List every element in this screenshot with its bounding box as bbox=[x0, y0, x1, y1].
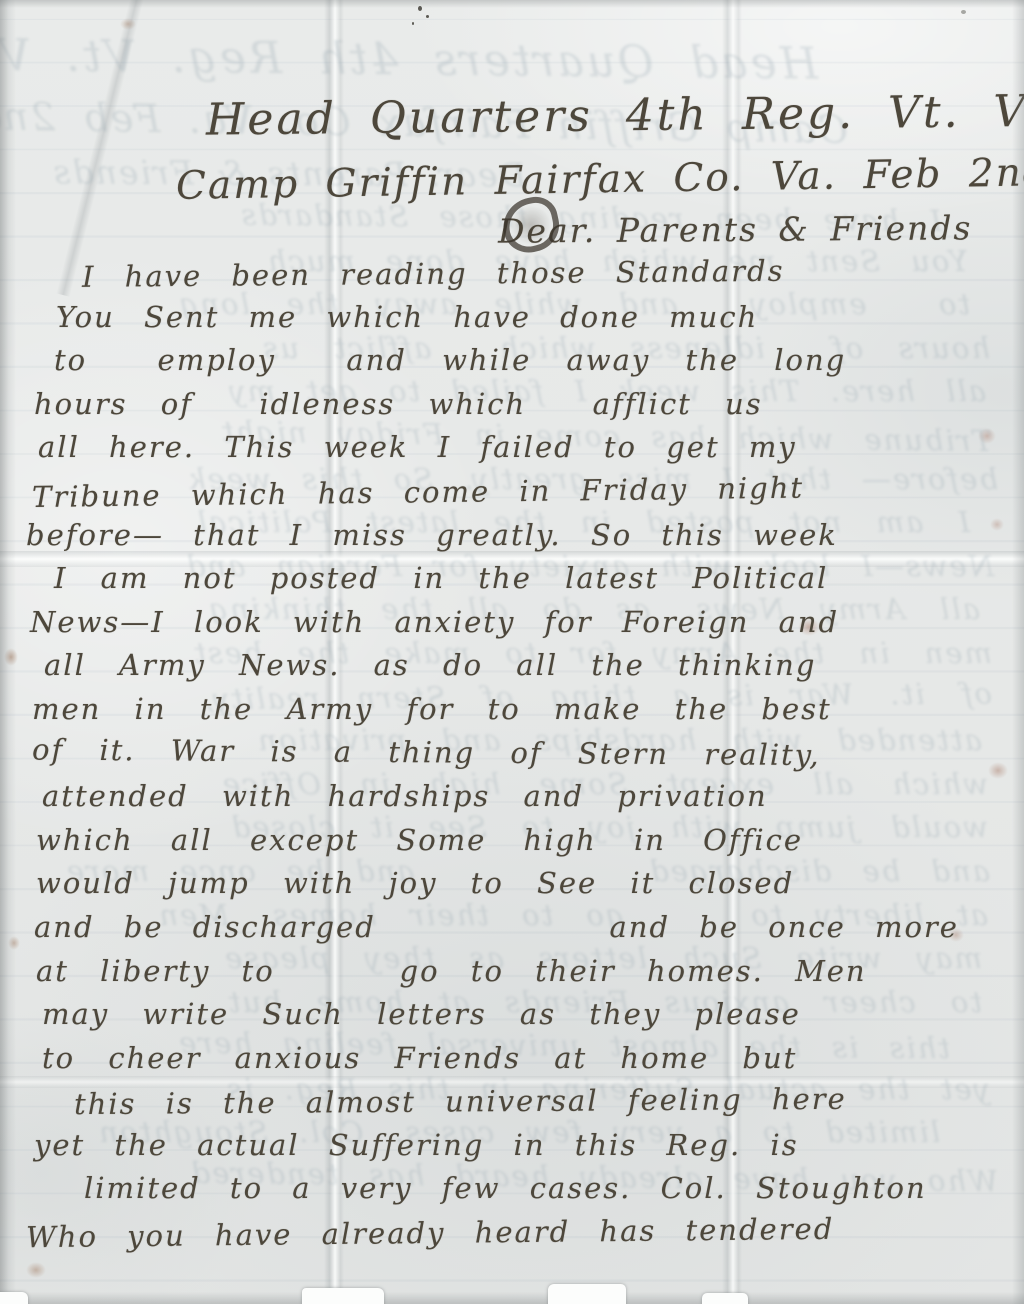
letter-body-line: I am not posted in the latest Political bbox=[26, 557, 1024, 601]
letter-body-line: to employ and while away the long bbox=[26, 339, 1024, 383]
letter-body-line: before— that I miss greatly. So this wee… bbox=[26, 514, 1024, 558]
letter-salutation: Dear. Parents & Friends bbox=[498, 208, 973, 250]
letter-body-line: Tribune which has come in Friday night bbox=[26, 464, 1024, 520]
scan-edge-top bbox=[0, 0, 1024, 8]
letter-body-line: yet the actual Suffering in this Reg. is bbox=[26, 1124, 1024, 1168]
letter-body-line: to cheer anxious Friends at home but bbox=[26, 1037, 1024, 1081]
letter-body-line: I have been reading those Standards bbox=[26, 248, 1024, 300]
letter-body: I have been reading those Standards You … bbox=[26, 252, 1024, 1255]
backing-paper-tab bbox=[702, 1293, 748, 1304]
letter-body-line: all here. This week I failed to get my bbox=[26, 426, 1024, 470]
letter-body-line: this is the almost universal feeling her… bbox=[26, 1077, 1024, 1128]
letter-body-line: at liberty to go to their homes. Men bbox=[26, 950, 1024, 994]
letter-body-line: men in the Army for to make the best bbox=[26, 688, 1024, 732]
letter-body-line: You Sent me which have done much bbox=[26, 296, 1024, 340]
letter-scan: Head Quarters 4th Reg. Vt. Vol, Camp Gri… bbox=[0, 0, 1024, 1304]
scan-edge-right bbox=[1012, 0, 1024, 1304]
scan-edge-bottom bbox=[0, 1292, 1024, 1304]
letter-text: Head Quarters 4th Reg. Vt. Vol, Camp Gri… bbox=[0, 0, 1024, 1304]
letter-body-line: Who you have already heard has tendered bbox=[26, 1206, 1024, 1260]
backing-paper-tab bbox=[302, 1288, 384, 1304]
letter-body-line: limited to a very few cases. Col. Stough… bbox=[26, 1167, 1024, 1211]
letter-body-line: attended with hardships and privation bbox=[26, 775, 1024, 819]
letter-body-line: may write Such letters as they please bbox=[26, 993, 1024, 1037]
letter-body-line: which all except Some high in Office bbox=[26, 819, 1024, 863]
letter-heading-line: Head Quarters 4th Reg. Vt. Vol, bbox=[206, 85, 1024, 145]
letter-body-line: and be discharged and be once more bbox=[26, 906, 1024, 950]
scan-edge-left bbox=[0, 0, 16, 1304]
letter-body-line: all Army News. as do all the thinking bbox=[26, 644, 1024, 688]
letter-body-line: hours of idleness which afflict us bbox=[26, 383, 1024, 427]
letter-body-line: of it. War is a thing of Stern reality, bbox=[26, 728, 1024, 779]
letter-body-line: would jump with joy to See it closed bbox=[26, 862, 1024, 906]
letter-body-line: News—I look with anxiety for Foreign and bbox=[26, 601, 1024, 645]
backing-paper-tab bbox=[548, 1284, 626, 1304]
letter-dateline: Camp Griffin Fairfax Co. Va. Feb 2nd 186… bbox=[176, 148, 1024, 209]
backing-paper-tab bbox=[0, 1292, 28, 1304]
letter-page: Head Quarters 4th Reg. Vt. Vol, Camp Gri… bbox=[0, 0, 1024, 1304]
